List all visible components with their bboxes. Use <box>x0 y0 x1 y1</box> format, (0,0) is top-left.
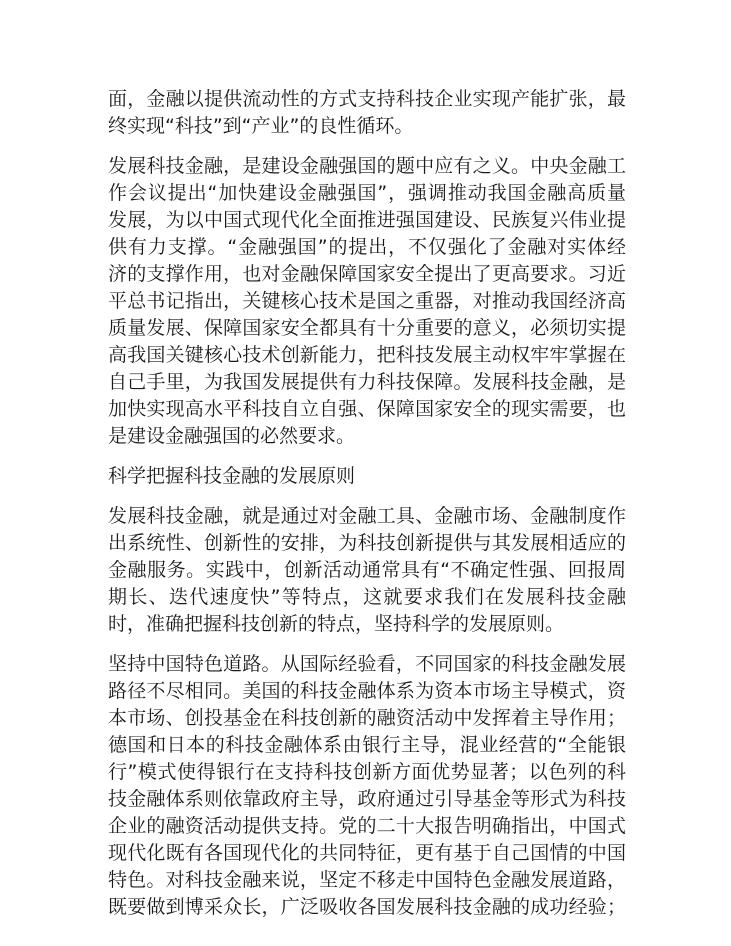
text-line: 坚持中国特色道路。从国际经验看，不同国家的科技金融发展 <box>108 651 626 678</box>
text-line: 期长、迭代速度快”等特点，这就要求我们在发展科技金融 <box>108 584 626 611</box>
text-line: 金融服务。实践中，创新活动通常具有“不确定性强、回报周 <box>108 557 626 584</box>
text-line: 时，准确把握科技创新的特点，坚持科学的发展原则。 <box>108 611 626 638</box>
text-line: 面，金融以提供流动性的方式支持科技企业实现产能扩张，最 <box>108 86 626 113</box>
text-line: 发展科技金融，是建设金融强国的题中应有之义。中央金融工 <box>108 153 626 180</box>
text-line: 行”模式使得银行在支持科技创新方面优势显著；以色列的科 <box>108 759 626 786</box>
text-line: 本市场、创投基金在科技创新的融资活动中发挥着主导作用； <box>108 705 626 732</box>
text-line: 路径不尽相同。美国的科技金融体系为资本市场主导模式，资 <box>108 678 626 705</box>
text-line: 质量发展、保障国家安全都具有十分重要的意义，必须切实提 <box>108 315 626 342</box>
text-line: 现代化既有各国现代化的共同特征，更有基于自己国情的中国 <box>108 840 626 867</box>
text-line: 作会议提出“加快建设金融强国”，强调推动我国金融高质量 <box>108 180 626 207</box>
text-line: 既要做到博采众长，广泛吸收各国发展科技金融的成功经验； <box>108 894 626 921</box>
section-heading-text: 科学把握科技金融的发展原则 <box>108 463 626 490</box>
text-line: 平总书记指出，关键核心技术是国之重器，对推动我国经济高 <box>108 288 626 315</box>
paragraph-2: 发展科技金融，是建设金融强国的题中应有之义。中央金融工 作会议提出“加快建设金融… <box>108 153 626 450</box>
text-line: 发展科技金融，就是通过对金融工具、金融市场、金融制度作 <box>108 503 626 530</box>
text-line: 出系统性、创新性的安排，为科技创新提供与其发展相适应的 <box>108 530 626 557</box>
text-line: 技金融体系则依靠政府主导，政府通过引导基金等形式为科技 <box>108 786 626 813</box>
text-line: 企业的融资活动提供支持。党的二十大报告明确指出，中国式 <box>108 813 626 840</box>
paragraph-4: 坚持中国特色道路。从国际经验看，不同国家的科技金融发展 路径不尽相同。美国的科技… <box>108 651 626 921</box>
text-line: 特色。对科技金融来说，坚定不移走中国特色金融发展道路， <box>108 867 626 894</box>
text-line: 供有力支撑。“金融强国”的提出，不仅强化了金融对实体经 <box>108 234 626 261</box>
text-line: 终实现“科技”到“产业”的良性循环。 <box>108 113 626 140</box>
text-line: 发展，为以中国式现代化全面推进强国建设、民族复兴伟业提 <box>108 207 626 234</box>
text-line: 济的支撑作用，也对金融保障国家安全提出了更高要求。习近 <box>108 261 626 288</box>
text-line: 加快实现高水平科技自立自强、保障国家安全的现实需要，也 <box>108 396 626 423</box>
document-page: 面，金融以提供流动性的方式支持科技企业实现产能扩张，最 终实现“科技”到“产业”… <box>108 86 626 934</box>
text-line: 德国和日本的科技金融体系由银行主导，混业经营的“全能银 <box>108 732 626 759</box>
text-line: 高我国关键核心技术创新能力，把科技发展主动权牢牢掌握在 <box>108 342 626 369</box>
section-heading: 科学把握科技金融的发展原则 <box>108 463 626 490</box>
paragraph-1: 面，金融以提供流动性的方式支持科技企业实现产能扩张，最 终实现“科技”到“产业”… <box>108 86 626 140</box>
paragraph-3: 发展科技金融，就是通过对金融工具、金融市场、金融制度作 出系统性、创新性的安排，… <box>108 503 626 638</box>
text-line: 自己手里，为我国发展提供有力科技保障。发展科技金融，是 <box>108 369 626 396</box>
text-line: 是建设金融强国的必然要求。 <box>108 423 626 450</box>
